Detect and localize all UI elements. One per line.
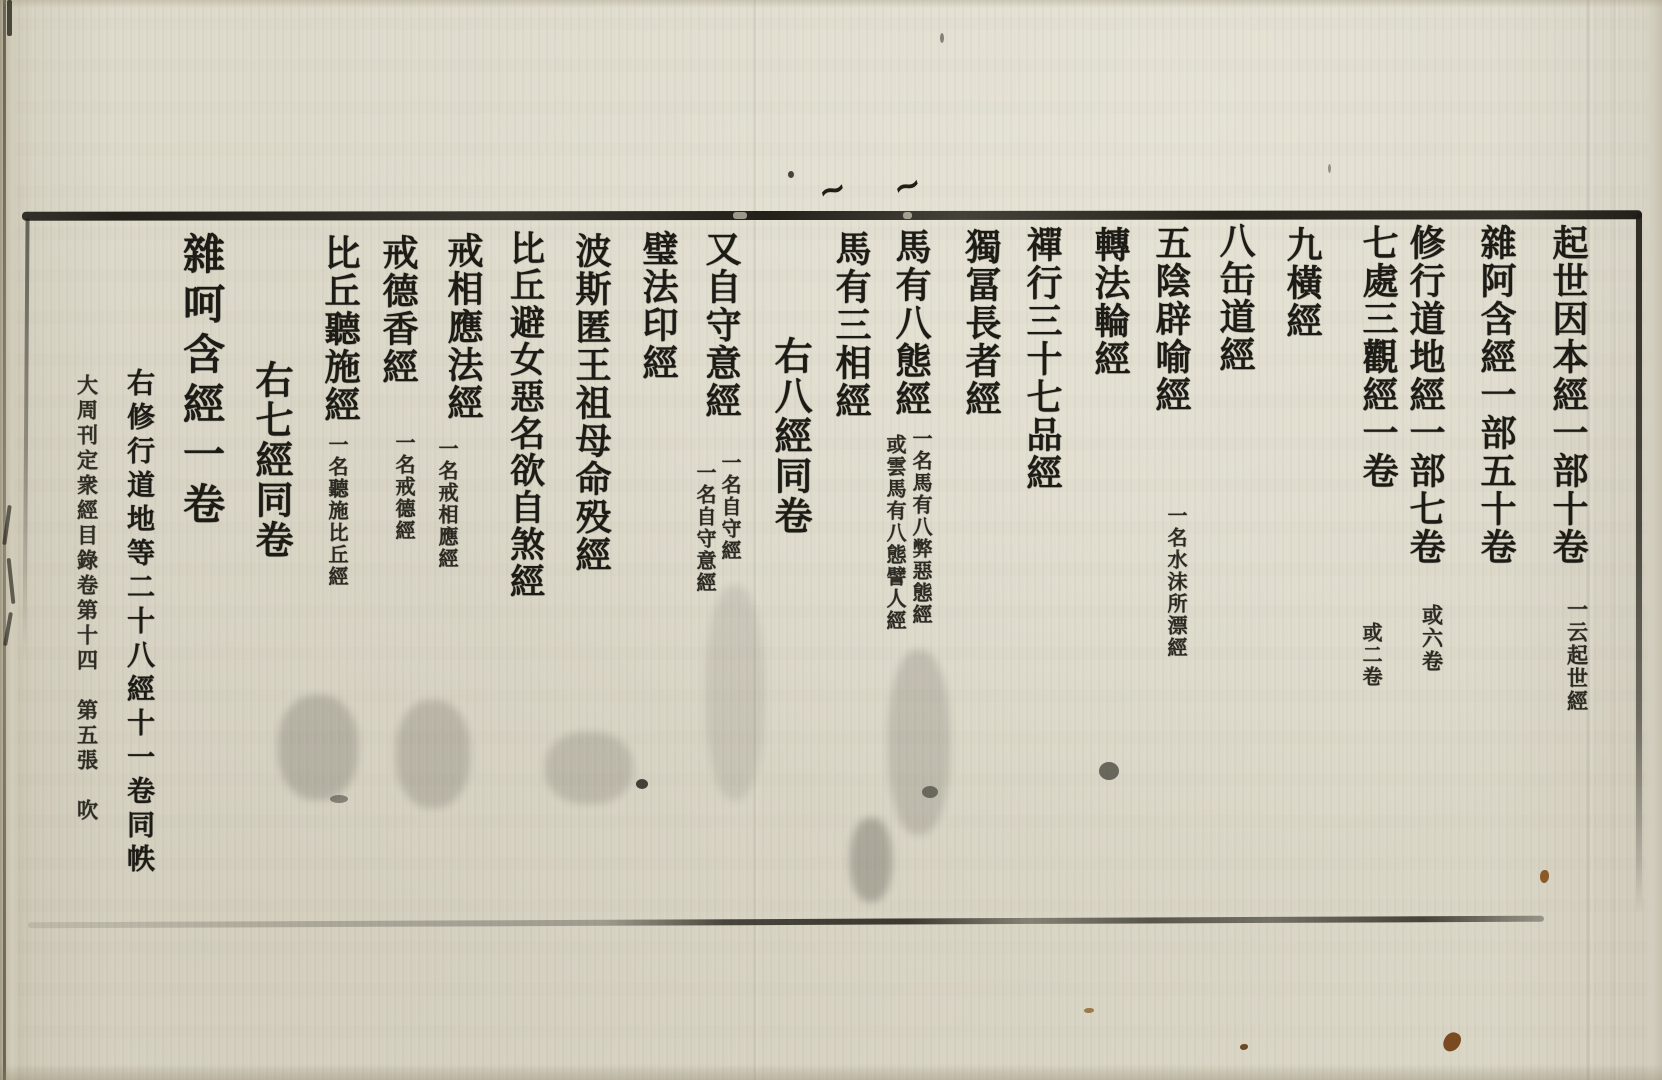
- section-summary-column: 右修行道地等二十八經十一卷同帙: [124, 368, 152, 878]
- ink-speck: [940, 33, 944, 43]
- annotation-column: 或二卷: [1360, 622, 1380, 688]
- sutra-title-column: 九橫經: [1284, 226, 1320, 340]
- sutra-title-column: 禪行三十七品經: [1024, 226, 1060, 492]
- ink-speck: [788, 171, 794, 178]
- fold-crease: [1586, 0, 1593, 1080]
- sutra-title-column: 五陰辟喻經: [1153, 224, 1189, 414]
- annotation-column: 或六卷: [1421, 604, 1442, 673]
- sutra-title-column: 雜呵含經一卷: [179, 232, 221, 532]
- sutra-title-column: 戒相應法經: [445, 232, 481, 422]
- frame-right-border: [1636, 213, 1642, 913]
- sutra-title-column: 右八經同卷: [770, 336, 808, 536]
- frame-rule-break: [903, 212, 912, 219]
- sutra-title-column: 七處三觀經一卷: [1360, 224, 1396, 490]
- sutra-title-column: 獨冨長者經: [963, 228, 999, 418]
- frame-top-rule: [22, 210, 1642, 220]
- annotation-column: 一名戒德經: [393, 432, 413, 542]
- annotation-column: 一名自守意經: [694, 462, 714, 594]
- annotation-column: 一名水沫所漂經: [1165, 505, 1185, 659]
- stain-fleck: [1441, 1030, 1464, 1055]
- annotation-column: 一云起世經: [1566, 598, 1587, 713]
- frame-left-border: [22, 218, 29, 658]
- sutra-title-column: 比丘避女惡名欲自煞經: [508, 230, 543, 600]
- sutra-title-column: 八缶道經: [1217, 222, 1253, 374]
- sutra-title-column: 右七經同卷: [251, 360, 289, 560]
- sutra-title-column: 戒德香經: [380, 234, 416, 386]
- annotation-column: 一名戒相應經: [436, 438, 456, 570]
- fold-crease: [1612, 0, 1619, 1080]
- catalog-colophon-column: 大周刊定衆經目錄卷第十四 第五張 吹: [76, 374, 97, 824]
- sutra-title-column: 波斯匿王祖母命殁經: [573, 232, 609, 574]
- frame-rule-break: [733, 212, 747, 219]
- annotation-column: 一名馬有八弊惡態經: [910, 428, 930, 626]
- sutra-title-column: 雜阿含經一部五十卷: [1478, 224, 1514, 566]
- sutra-title-column: 轉法輪經: [1092, 226, 1128, 378]
- sutra-title-column: 起世因本經一部十卷: [1550, 224, 1586, 566]
- ink-speck: [922, 786, 938, 798]
- ink-smudge: [888, 650, 950, 835]
- sutra-title-column: 又自守意經: [703, 230, 739, 420]
- corner-nick: [7, 0, 12, 36]
- annotation-column: 一名自守經: [719, 452, 739, 562]
- sutra-title-column: 璧法印經: [640, 230, 676, 382]
- frame-bottom-rule: [28, 916, 1544, 929]
- center-fold-crease: [752, 0, 759, 1080]
- squiggle-mark: ∼: [888, 163, 927, 210]
- top-edge-shadow: [0, 0, 1662, 8]
- ink-smudge: [396, 700, 470, 808]
- ink-speck: [330, 795, 348, 803]
- squiggle-mark: ∼: [813, 167, 851, 213]
- sutra-title-column: 修行道地經一部七卷: [1407, 224, 1443, 566]
- ink-speck: [1328, 164, 1331, 173]
- annotation-column: 或雲馬有八態譬人經: [884, 434, 904, 632]
- ink-smudge: [278, 695, 358, 800]
- sutra-title-column: 比丘聽施經: [322, 234, 358, 424]
- sutra-title-column: 馬有三相經: [833, 230, 869, 420]
- stain-fleck: [1240, 1044, 1248, 1050]
- stain-fleck: [1084, 1008, 1094, 1013]
- stain-fleck: [1540, 870, 1549, 883]
- ink-smudge: [706, 585, 764, 800]
- ink-smudge: [545, 732, 633, 804]
- page-right-edge: [1644, 0, 1662, 1080]
- bottom-edge-shadow: [0, 1064, 1662, 1080]
- sutra-title-column: 馬有八態經: [893, 228, 929, 418]
- ink-smudge: [850, 818, 892, 902]
- annotation-column: 一名聽施比丘經: [326, 434, 346, 588]
- ink-speck: [636, 779, 648, 789]
- ink-speck: [1099, 762, 1119, 780]
- catalog-page: 起世因本經一部十卷一云起世經雜阿含經一部五十卷修行道地經一部七卷或六卷七處三觀經…: [0, 0, 1662, 1080]
